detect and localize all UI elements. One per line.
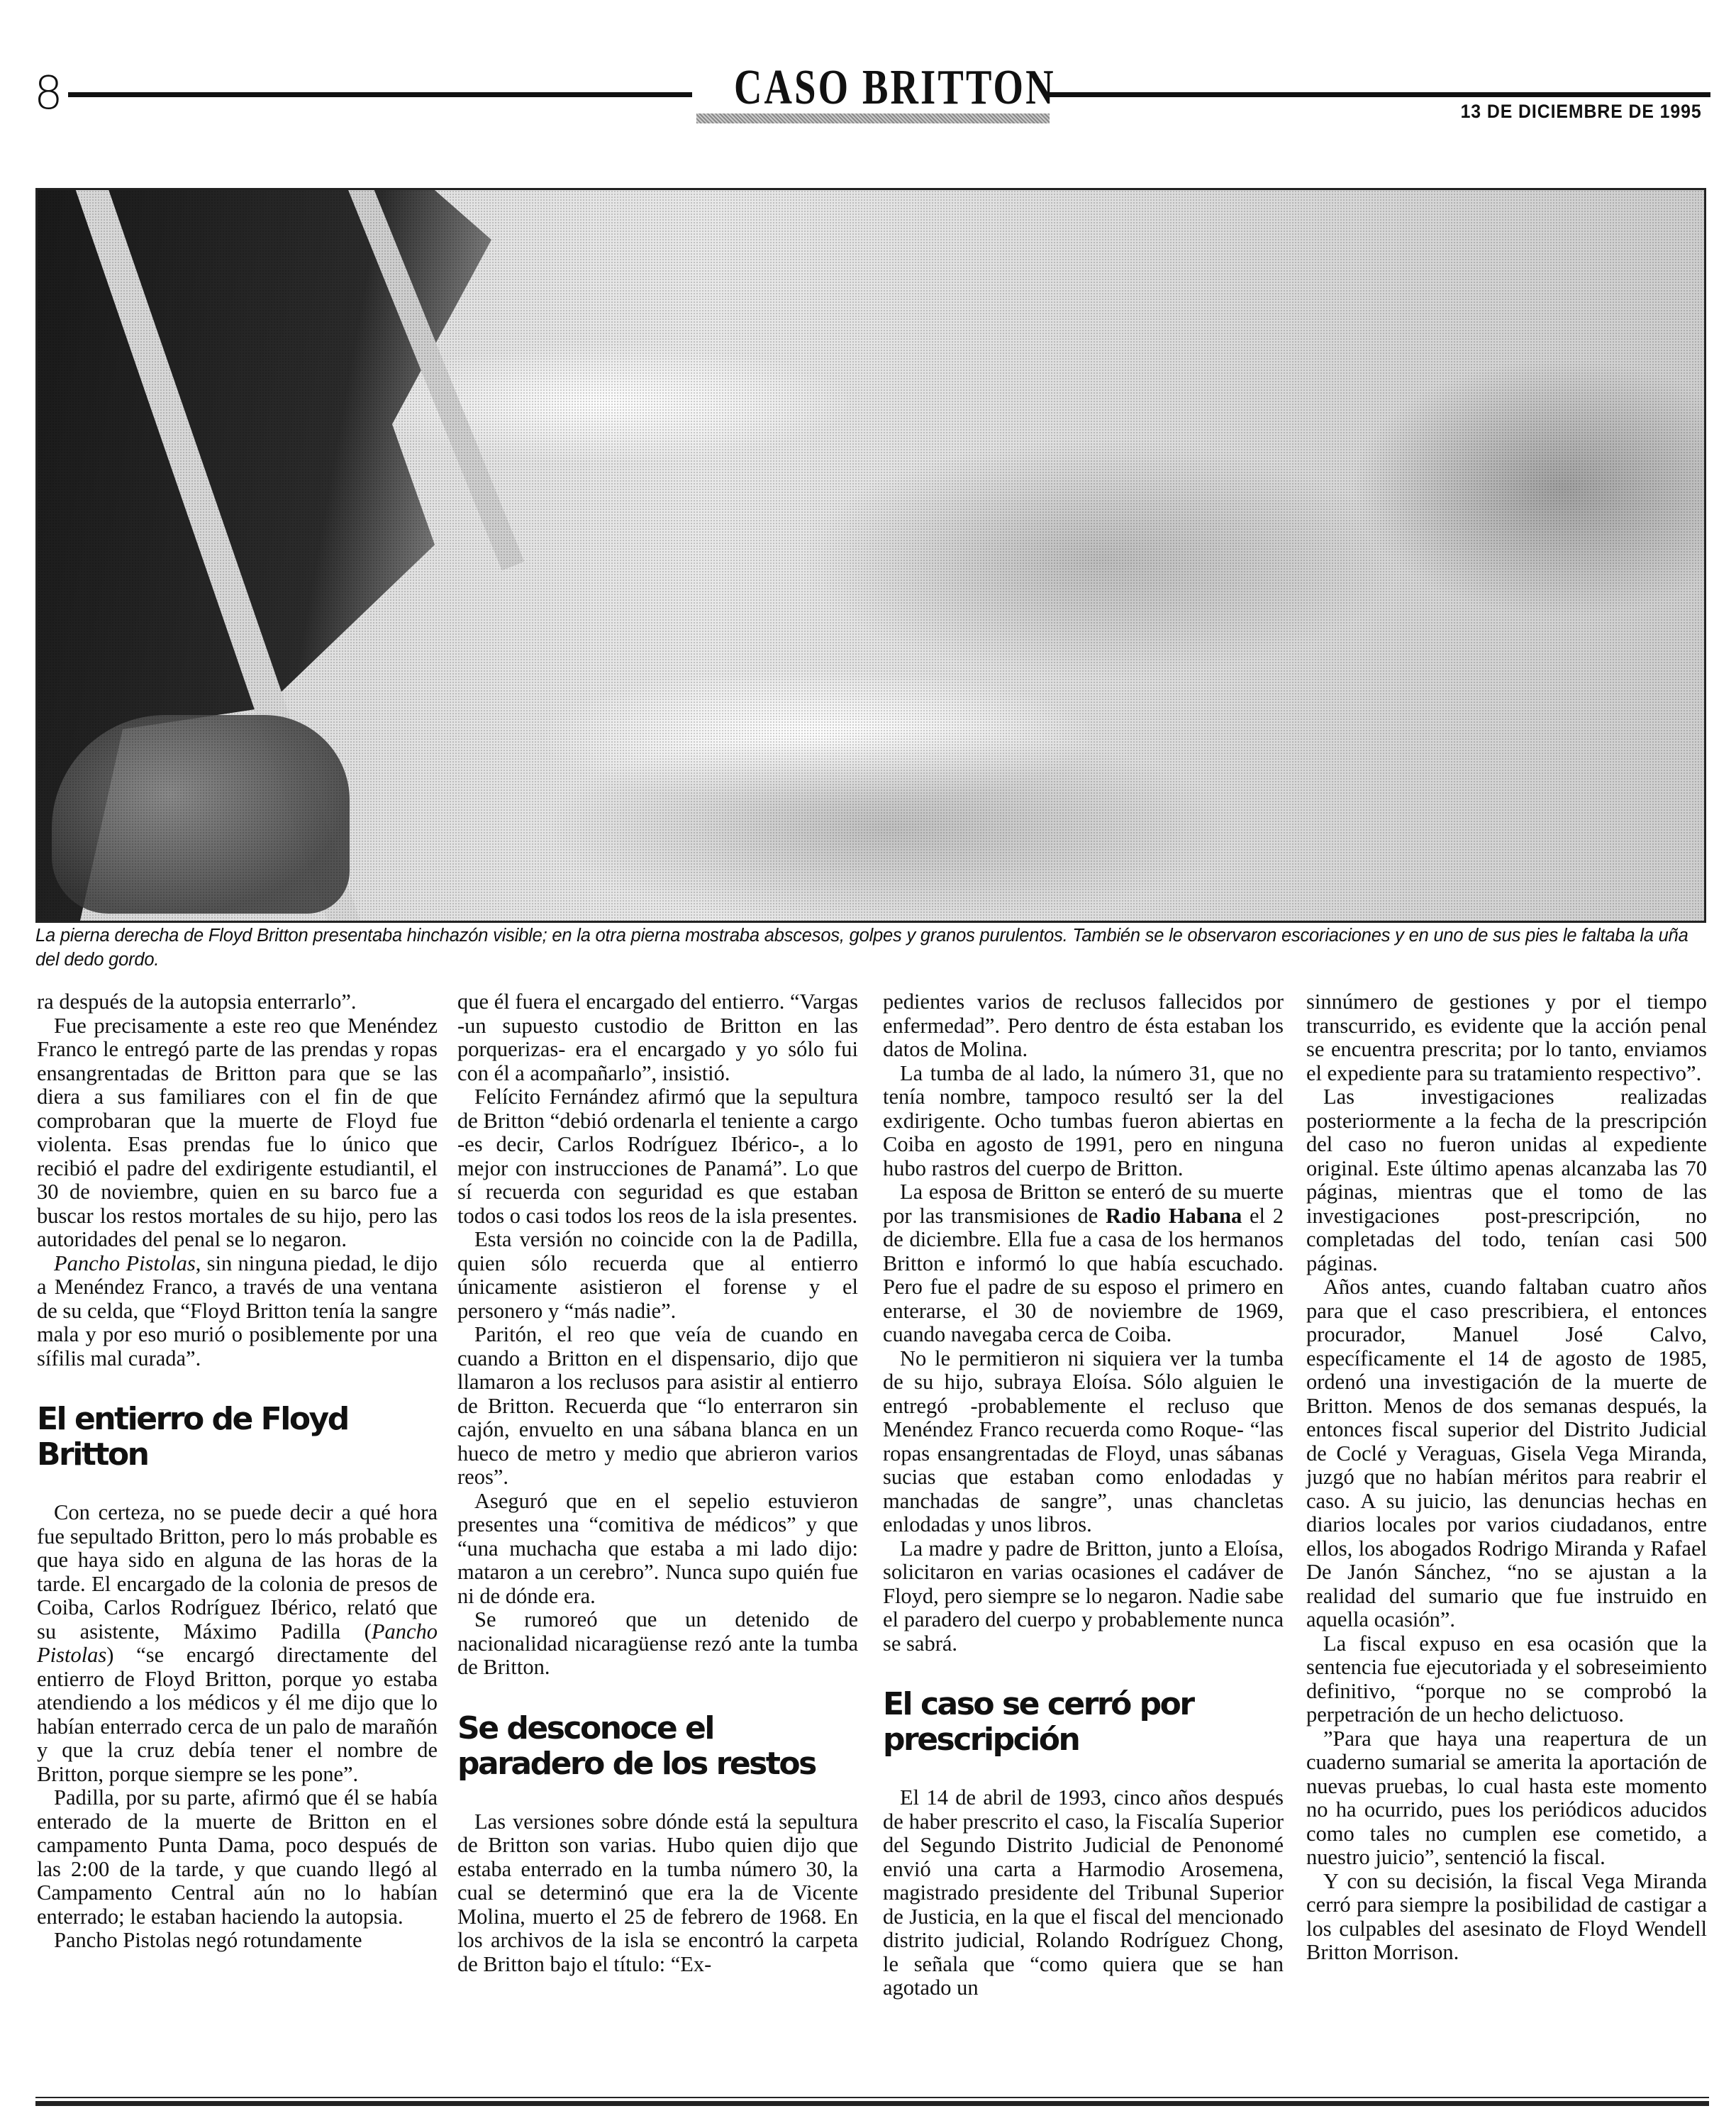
- subheading-prescripcion: El caso se cerró por prescripción: [883, 1687, 1284, 1758]
- article-photo: [35, 188, 1706, 923]
- subheading-paradero: Se desconoce el paradero de los restos: [457, 1711, 858, 1782]
- paragraph: Felícito Fernández afirmó que la sepultu…: [457, 1085, 858, 1228]
- paragraph: Aseguró que en el sepelio estuvieron pre…: [457, 1490, 858, 1609]
- paragraph: El 14 de abril de 1993, cinco años despu…: [883, 1786, 1284, 2000]
- paragraph: Las versiones sobre dónde está la sepult…: [457, 1810, 858, 1977]
- subheading-entierro: El entierro de Floyd Britton: [37, 1402, 438, 1473]
- paragraph: Esta versión no coincide con la de Padil…: [457, 1228, 858, 1323]
- footer-rule-thin: [35, 2097, 1709, 2098]
- paragraph: Pancho Pistolas, sin ninguna piedad, le …: [37, 1252, 438, 1371]
- paragraph: Fue precisamente a este reo que Menéndez…: [37, 1014, 438, 1252]
- paragraph: La madre y padre de Britton, junto a Elo…: [883, 1537, 1284, 1656]
- article-column-4: sinnúmero de gestiones y por el tiempo t…: [1306, 990, 1707, 1965]
- section-title: CASO BRITTON: [734, 62, 1011, 113]
- paragraph: Padilla, por su parte, afirmó que él se …: [37, 1786, 438, 1929]
- article-column-2: que él fuera el encargado del entierro. …: [457, 990, 858, 1976]
- nickname-italic: Pancho Pistolas: [54, 1251, 196, 1275]
- photo-caption: La pierna derecha de Floyd Britton prese…: [35, 924, 1702, 972]
- radio-station-bold: Radio Habana: [1106, 1204, 1242, 1228]
- paragraph: Paritón, el reo que veía de cuando en cu…: [457, 1323, 858, 1490]
- paragraph: Pancho Pistolas negó rotundamente: [37, 1929, 438, 1953]
- paragraph: pedientes varios de reclusos fallecidos …: [883, 990, 1284, 1062]
- paragraph: Años antes, cuando faltaban cuatro años …: [1306, 1275, 1707, 1632]
- paragraph: Y con su decisión, la fiscal Vega Mirand…: [1306, 1870, 1707, 1965]
- section-title-shade: [696, 113, 1050, 123]
- paragraph: sinnúmero de gestiones y por el tiempo t…: [1306, 990, 1707, 1085]
- paragraph: ”Para que haya una reapertura de un cuad…: [1306, 1727, 1707, 1870]
- footer-rule-thick: [35, 2101, 1709, 2106]
- paragraph: La tumba de al lado, la número 31, que n…: [883, 1062, 1284, 1181]
- masthead: 8 CASO BRITTON 13 DE DICIEMBRE DE 1995: [0, 43, 1736, 128]
- paragraph: que él fuera el encargado del entierro. …: [457, 990, 858, 1085]
- page-number: 8: [34, 71, 63, 116]
- paragraph: No le permitieron ni siquiera ver la tum…: [883, 1347, 1284, 1537]
- issue-date: 13 DE DICIEMBRE DE 1995: [1461, 101, 1702, 123]
- paragraph: Se rumoreó que un detenido de nacionalid…: [457, 1608, 858, 1680]
- article-column-1: ra después de la autopsia enterrarlo”. F…: [37, 990, 438, 1953]
- paragraph: La esposa de Britton se enteró de su mue…: [883, 1180, 1284, 1347]
- article-column-3: pedientes varios de reclusos fallecidos …: [883, 990, 1284, 2000]
- paragraph: ra después de la autopsia enterrarlo”.: [37, 990, 438, 1014]
- masthead-rule-right: [1050, 92, 1710, 97]
- photo-halftone: [38, 190, 1704, 921]
- paragraph: Las investigaciones realizadas posterior…: [1306, 1085, 1707, 1275]
- paragraph: Con certeza, no se puede decir a qué hor…: [37, 1501, 438, 1786]
- masthead-rule-left: [68, 92, 692, 97]
- paragraph: La fiscal expuso en esa ocasión que la s…: [1306, 1632, 1707, 1727]
